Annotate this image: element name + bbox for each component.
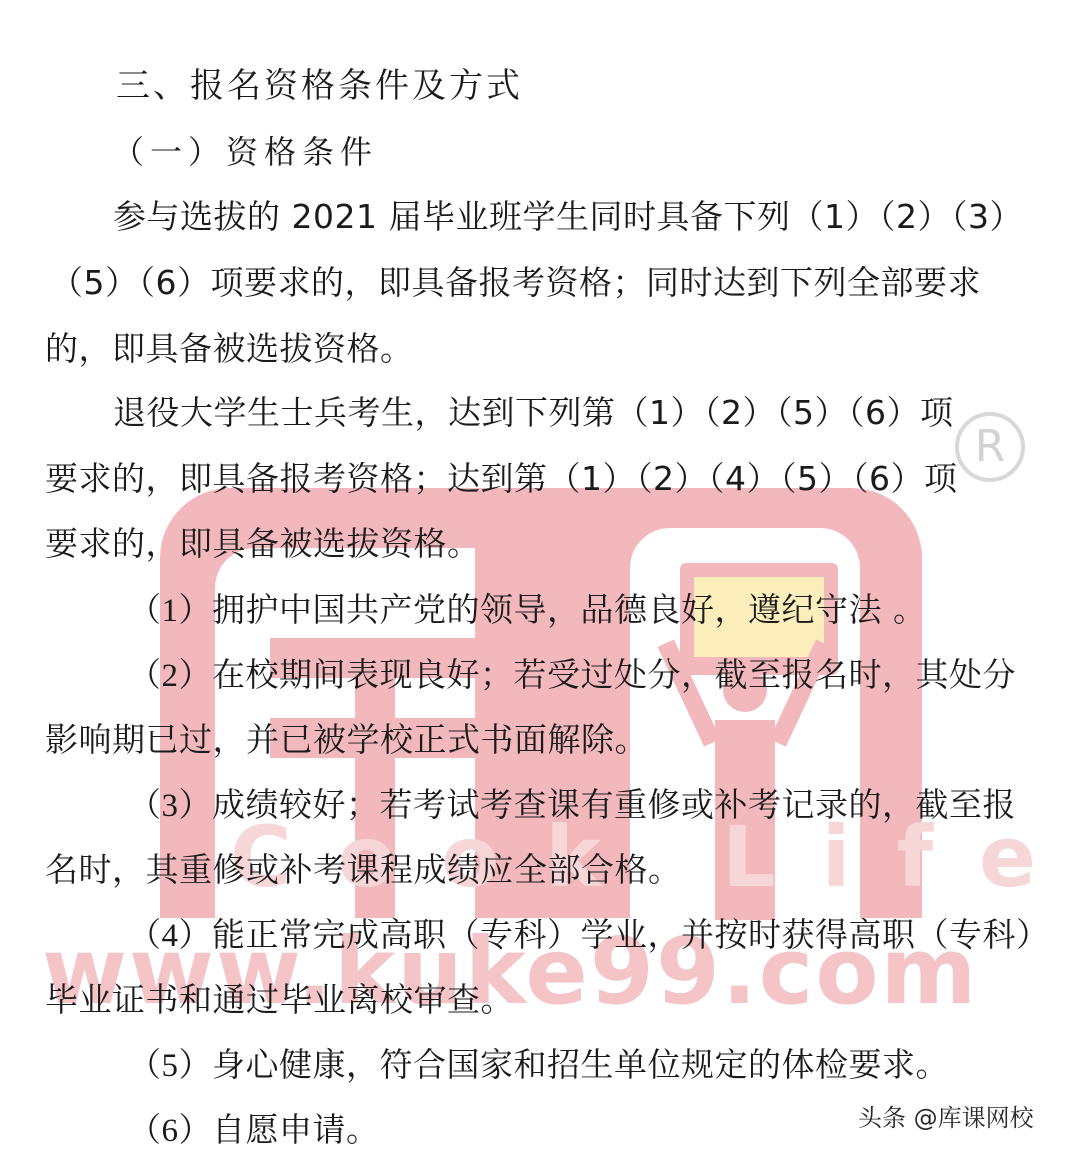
requirement-number: （2） xyxy=(128,658,212,694)
requirement-text: 成绩较好；若考试考查课有重修或补考记录的，截至报 xyxy=(212,785,1016,824)
paragraph-line: 的，即具备被选拔资格。 xyxy=(45,329,414,369)
requirement-text: 自愿申请。 xyxy=(212,1110,380,1149)
requirement-line: （6）自愿申请。 xyxy=(128,1110,380,1151)
requirement-line: （5）身心健康，符合国家和招生单位规定的体检要求。 xyxy=(128,1045,949,1086)
requirement-line: （3）成绩较好；若考试考查课有重修或补考记录的，截至报 xyxy=(128,785,1016,826)
source-attribution-tag: 头条 @库课网校 xyxy=(858,1102,1034,1134)
requirement-text: 身心健康，符合国家和招生单位规定的体检要求。 xyxy=(212,1045,949,1084)
requirement-number: （6） xyxy=(128,1113,212,1149)
requirement-text: 拥护中国共产党的领导，品德良好，遵纪守法 。 xyxy=(212,590,927,629)
paragraph-line: 参与选拔的 2021 届毕业班学生同时具备下列（1）（2）（3） xyxy=(113,197,1023,237)
paragraph-line: 要求的，即具备报考资格；达到第（1）（2）（4）（5）（6）项 xyxy=(45,459,957,499)
requirement-number: （4） xyxy=(128,918,212,954)
requirement-line: （4）能正常完成高职（专科）学业，并按时获得高职（专科） xyxy=(128,915,1050,956)
requirement-line: 影响期已过，并已被学校正式书面解除。 xyxy=(45,720,648,760)
registered-trademark-icon: R xyxy=(955,412,1025,482)
requirement-line: （1）拥护中国共产党的领导，品德良好，遵纪守法 。 xyxy=(128,590,927,631)
requirement-number: （1） xyxy=(128,593,212,629)
paragraph-line: （5）（6）项要求的，即具备报考资格；同时达到下列全部要求 xyxy=(50,263,981,303)
requirement-text: 能正常完成高职（专科）学业，并按时获得高职（专科） xyxy=(212,915,1050,954)
paragraph-line: 要求的，即具备被选拔资格。 xyxy=(45,524,481,564)
requirement-line: （2）在校期间表现良好；若受过处分，截至报名时，其处分 xyxy=(128,655,1016,696)
section-heading: 三、报名资格条件及方式 xyxy=(116,66,523,106)
requirement-line: 名时，其重修或补考课程成绩应全部合格。 xyxy=(45,850,682,890)
requirement-number: （3） xyxy=(128,788,212,824)
requirement-text: 在校期间表现良好；若受过处分，截至报名时，其处分 xyxy=(212,655,1016,694)
requirement-number: （5） xyxy=(128,1048,212,1084)
paragraph-line: 退役大学生士兵考生，达到下列第（1）（2）（5）（6）项 xyxy=(113,393,953,433)
requirement-line: 毕业证书和通过毕业离校审查。 xyxy=(45,980,514,1020)
subsection-heading: （一）资格条件 xyxy=(112,132,378,172)
